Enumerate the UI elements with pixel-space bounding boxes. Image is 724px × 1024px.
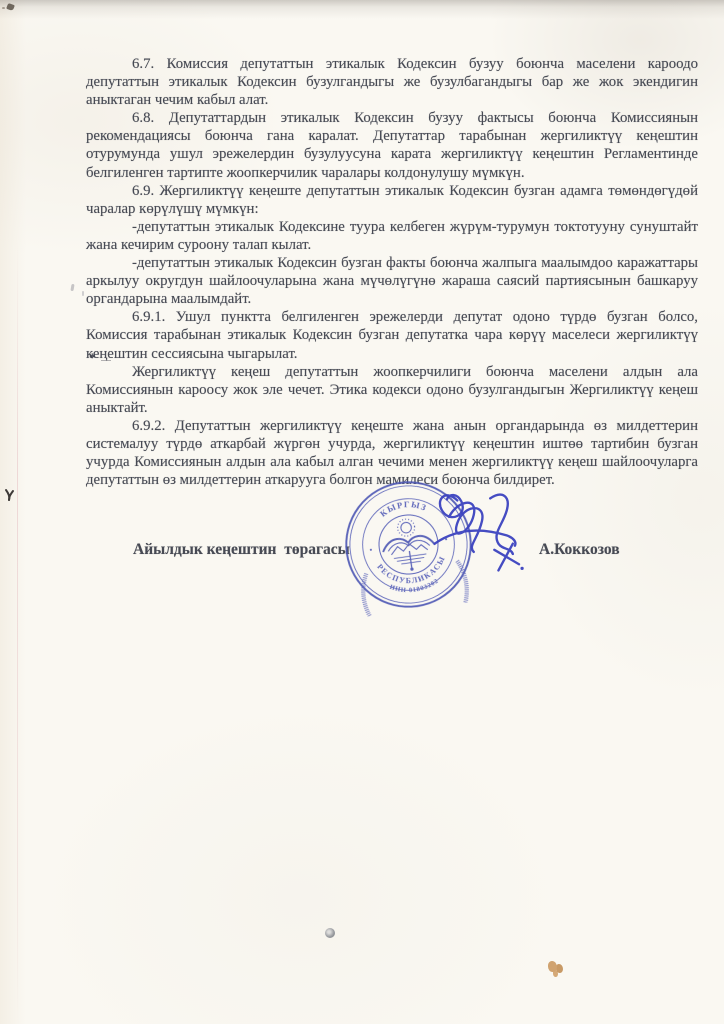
paragraph-6-9: 6.9. Жергиликтүү кеңеште депутаттын этик… — [86, 182, 698, 218]
scan-crease-line — [17, 240, 18, 1024]
scan-stain-mark — [548, 961, 557, 972]
paragraph-unnumbered: Жергиликтүү кеңеш депутаттын жоопкерчили… — [86, 363, 698, 417]
paragraph-6-9-1: 6.9.1. Ушул пунктта белгиленген эрежелер… — [86, 308, 698, 362]
signatory-name: А.Коккозов — [539, 541, 620, 559]
handwritten-signature-icon — [424, 484, 542, 592]
paragraph-6-9-2: 6.9.2. Депутаттын жергиликтүү кеңеште жа… — [86, 417, 698, 489]
scan-speck — [70, 284, 74, 291]
margin-annotation-mark: * — [89, 350, 96, 366]
paragraph-bullet-2: -депутаттын этикалык Кодексин бузган фак… — [86, 254, 698, 308]
paragraph-bullet-1: -депутаттын этикалык Кодексине туура кел… — [86, 218, 698, 254]
margin-annotation-dash — [101, 360, 111, 361]
paragraph-6-8: 6.8. Депутаттардын этикалык Кодексин буз… — [86, 109, 698, 181]
scan-dot-mark — [325, 928, 335, 938]
scan-top-shadow — [0, 0, 724, 20]
signature-title: Айылдык кеңештин төрагасы — [133, 541, 350, 559]
document-body: 6.7. Комиссия депутаттын этикалык Кодекс… — [86, 55, 698, 489]
margin-tick-mark — [4, 488, 16, 502]
scan-speck — [82, 291, 84, 296]
paragraph-6-7: 6.7. Комиссия депутаттын этикалык Кодекс… — [86, 55, 698, 109]
scan-speck — [2, 7, 5, 9]
scanned-document-page: 6.7. Комиссия депутаттын этикалык Кодекс… — [0, 0, 724, 1024]
